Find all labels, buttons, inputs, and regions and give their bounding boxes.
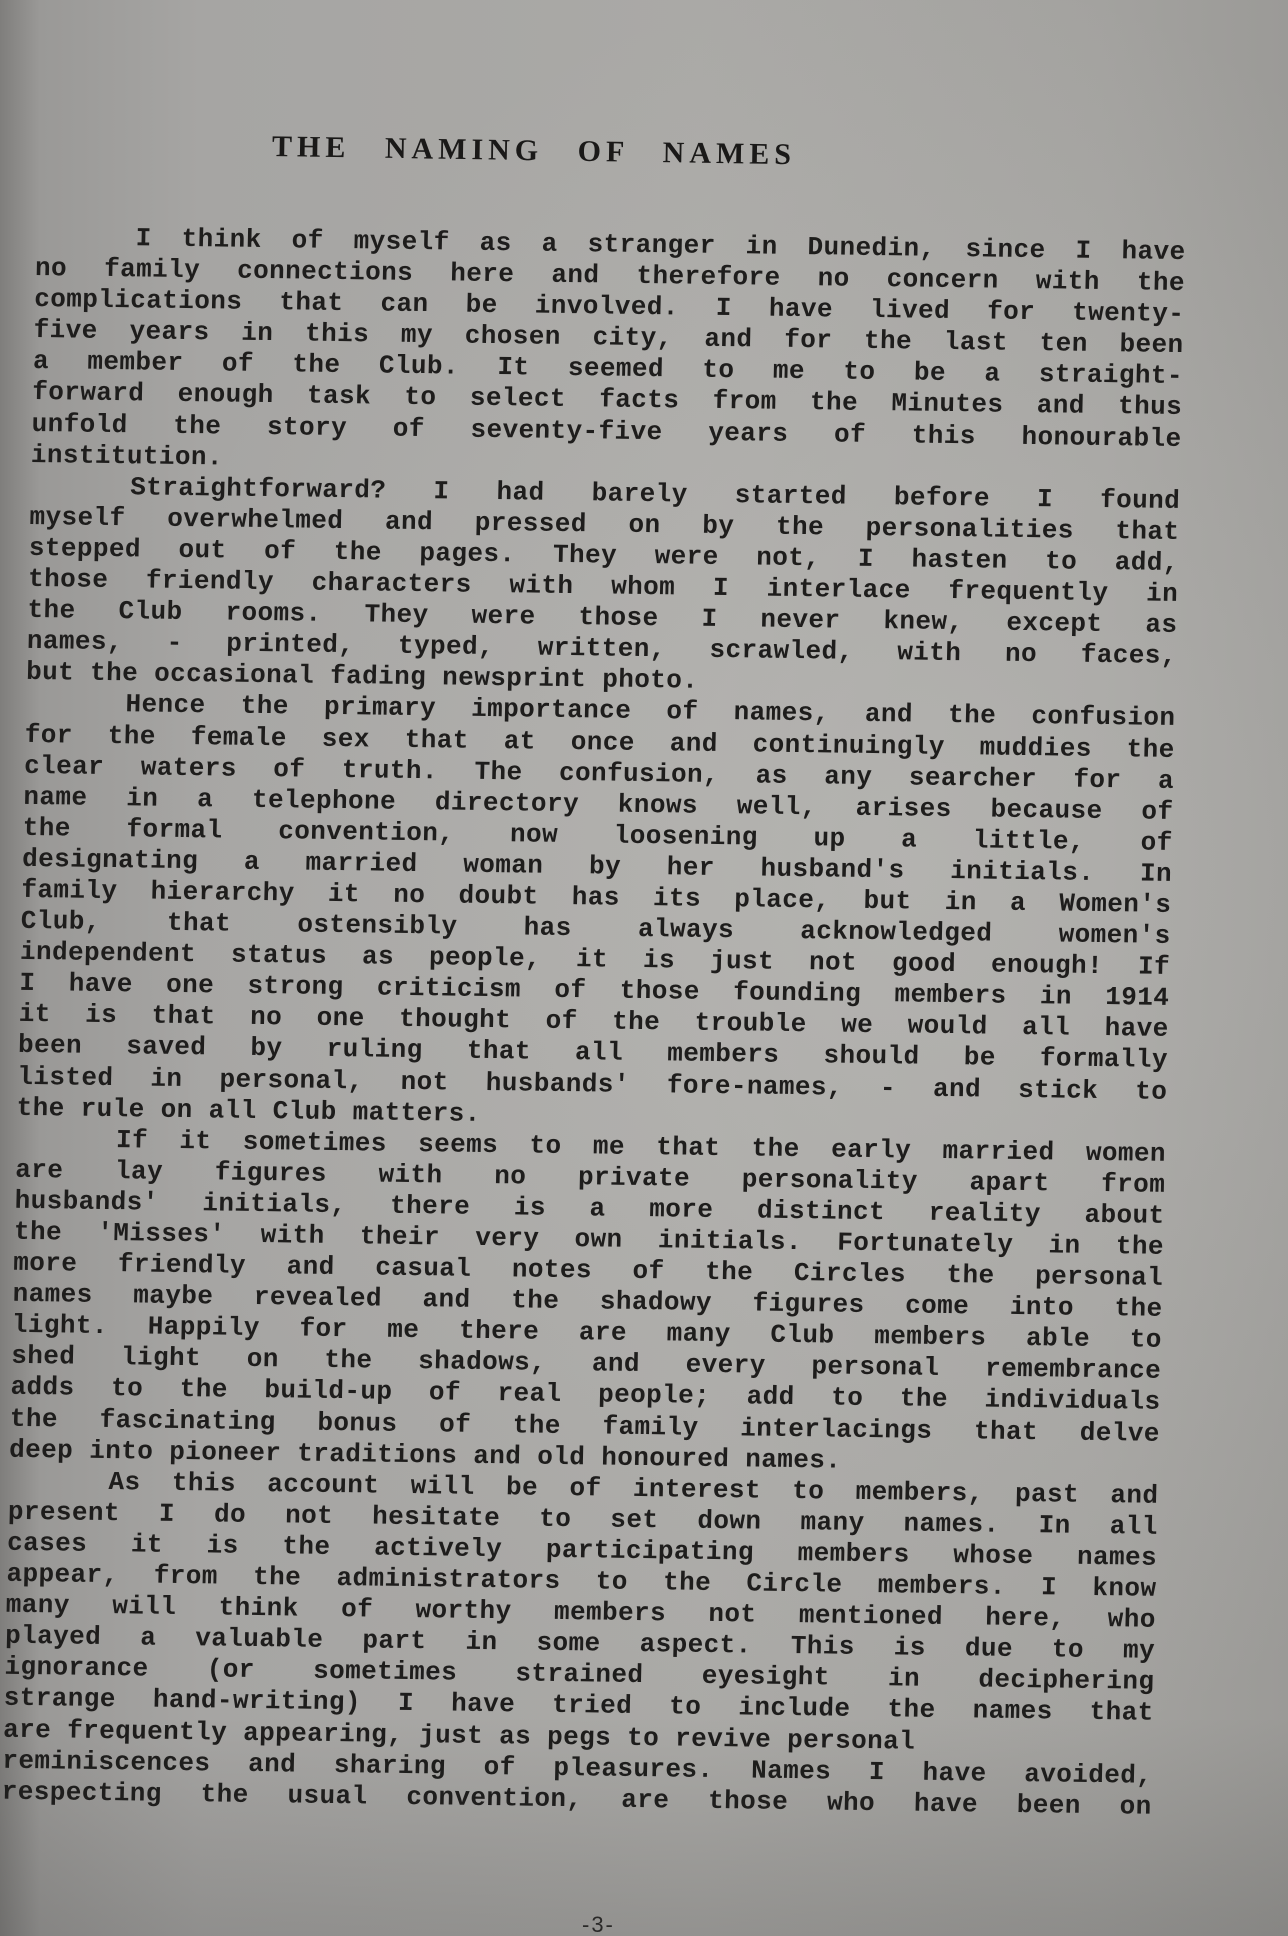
page-title: THE NAMING OF NAMES: [272, 130, 972, 175]
document-page: THE NAMING OF NAMES I think of myself as…: [0, 0, 1288, 1936]
page-number: -3-: [582, 1912, 615, 1936]
body-text: I think of myself as a stranger in Duned…: [1, 222, 1185, 1823]
